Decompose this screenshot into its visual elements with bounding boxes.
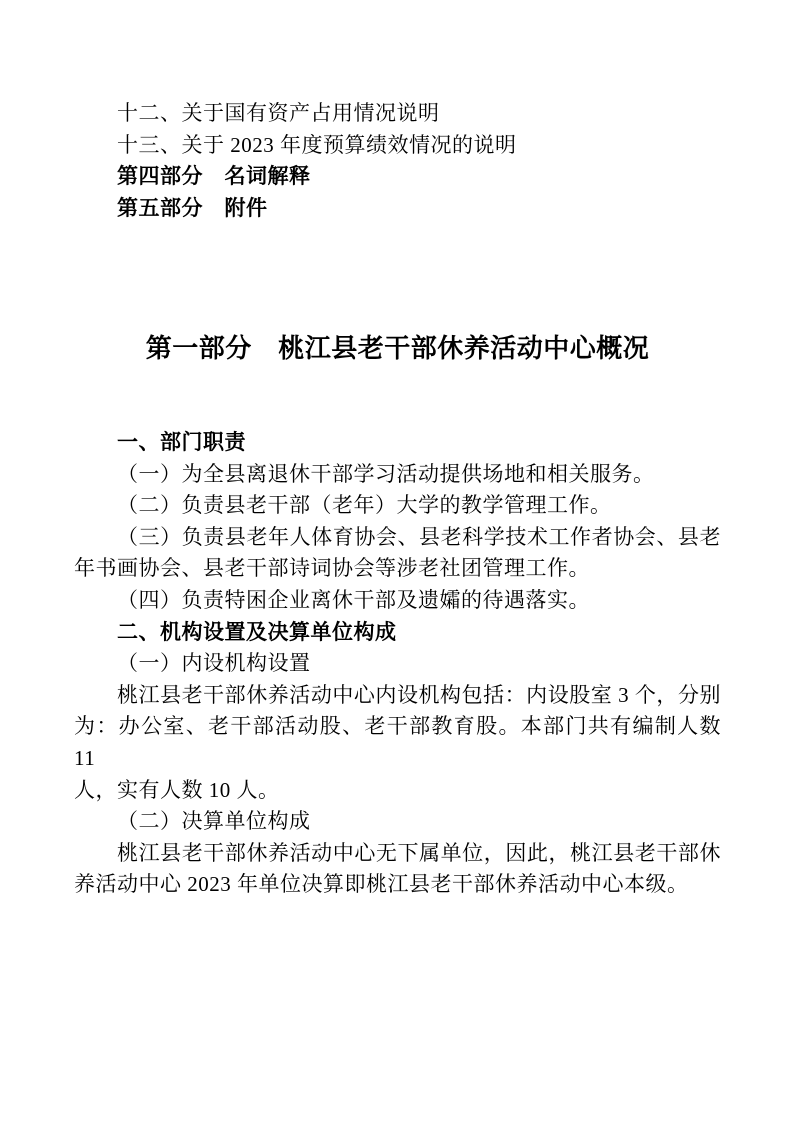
table-of-contents: 十二、关于国有资产占用情况说明 十三、关于 2023 年度预算绩效情况的说明 第… — [74, 98, 721, 224]
toc-part-4: 第四部分 名词解释 — [74, 161, 721, 193]
unit-composition-line-2: 养活动中心 2023 年单位决算即桃江县老干部休养活动中心本级。 — [74, 869, 721, 901]
internal-org-line-1: 桃江县老干部休养活动中心内设机构包括：内设股室 3 个，分别 — [74, 680, 721, 712]
section-body: 一、部门职责 （一）为全县离退休干部学习活动提供场地和相关服务。 （二）负责县老… — [74, 427, 721, 901]
subheading-internal-org: （一）内设机构设置 — [74, 648, 721, 680]
document-page: 十二、关于国有资产占用情况说明 十三、关于 2023 年度预算绩效情况的说明 第… — [0, 0, 793, 1122]
duty-item-2: （二）负责县老干部（老年）大学的教学管理工作。 — [74, 490, 721, 522]
section-title: 第一部分 桃江县老干部休养活动中心概况 — [74, 331, 721, 367]
duty-item-3-line-2: 年书画协会、县老干部诗词协会等涉老社团管理工作。 — [74, 553, 721, 585]
toc-item-12: 十二、关于国有资产占用情况说明 — [74, 98, 721, 130]
internal-org-line-2: 为：办公室、老干部活动股、老干部教育股。本部门共有编制人数 11 — [74, 711, 721, 774]
heading-org-structure: 二、机构设置及决算单位构成 — [74, 617, 721, 649]
duty-item-1: （一）为全县离退休干部学习活动提供场地和相关服务。 — [74, 459, 721, 491]
internal-org-line-3: 人，实有人数 10 人。 — [74, 775, 721, 807]
subheading-unit-composition: （二）决算单位构成 — [74, 806, 721, 838]
duty-item-4: （四）负责特困企业离休干部及遗孀的待遇落实。 — [74, 585, 721, 617]
unit-composition-line-1: 桃江县老干部休养活动中心无下属单位，因此，桃江县老干部休 — [74, 838, 721, 870]
duty-item-3-line-1: （三）负责县老年人体育协会、县老科学技术工作者协会、县老 — [74, 522, 721, 554]
toc-item-13: 十三、关于 2023 年度预算绩效情况的说明 — [74, 130, 721, 162]
heading-department-duties: 一、部门职责 — [74, 427, 721, 459]
toc-part-5: 第五部分 附件 — [74, 193, 721, 225]
